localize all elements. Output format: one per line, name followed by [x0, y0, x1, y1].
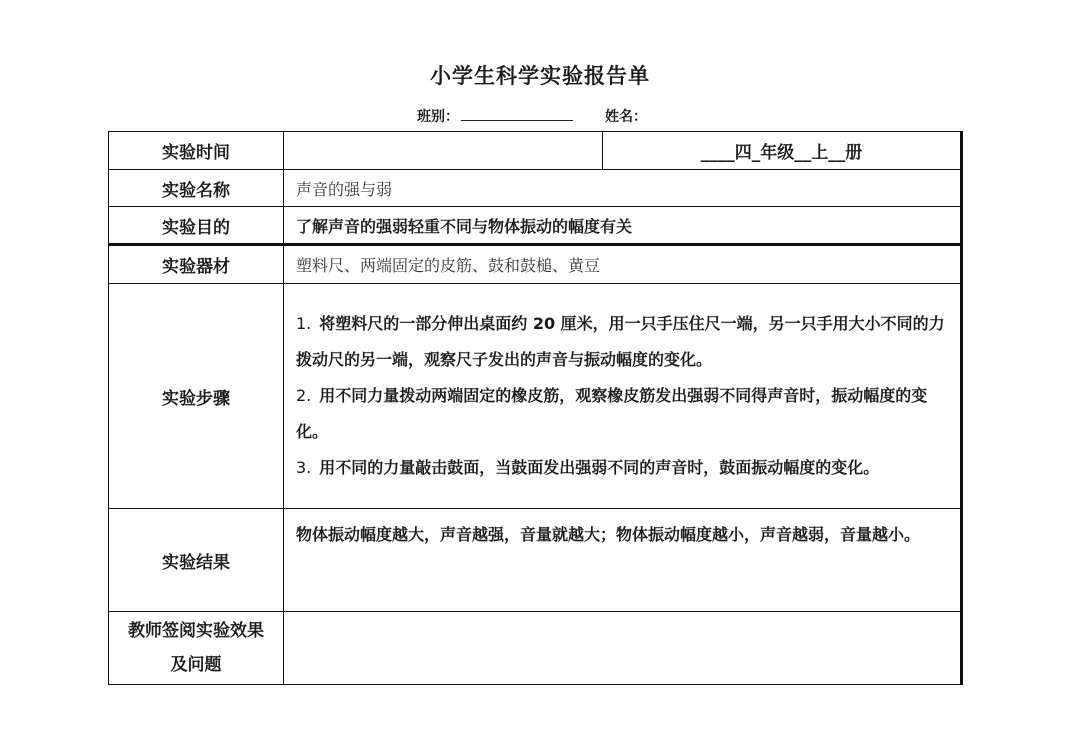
row-materials: 实验器材 塑料尺、两端固定的皮筋、鼓和鼓槌、黄豆	[109, 245, 962, 284]
class-field[interactable]	[461, 106, 573, 121]
label-result: 实验结果	[109, 509, 284, 612]
report-table: 实验时间 ____四_年级__上__册 实验名称 声音的强与弱 实验目的 了解声…	[108, 131, 963, 685]
document-title: 小学生科学实验报告单	[0, 60, 1080, 90]
experiment-steps: 1.将塑料尺的一部分伸出桌面约 20 厘米，用一只手压住尺一端，另一只手用大小不…	[284, 284, 962, 509]
row-purpose: 实验目的 了解声音的强弱轻重不同与物体振动的幅度有关	[109, 207, 962, 245]
row-name: 实验名称 声音的强与弱	[109, 170, 962, 207]
label-steps: 实验步骤	[109, 284, 284, 509]
teacher-review-field[interactable]	[284, 612, 962, 685]
step-item: 2.用不同力量拨动两端固定的橡皮筋，观察橡皮筋发出强弱不同得声音时，振动幅度的变…	[296, 378, 948, 450]
row-time: 实验时间 ____四_年级__上__册	[109, 132, 962, 170]
time-field[interactable]	[284, 132, 603, 170]
label-materials: 实验器材	[109, 245, 284, 284]
experiment-purpose: 了解声音的强弱轻重不同与物体振动的幅度有关	[284, 207, 962, 245]
step-item: 1.将塑料尺的一部分伸出桌面约 20 厘米，用一只手压住尺一端，另一只手用大小不…	[296, 306, 948, 378]
experiment-result: 物体振动幅度越大，声音越强，音量就越大；物体振动幅度越小，声音越弱，音量越小。	[284, 509, 962, 612]
label-name: 实验名称	[109, 170, 284, 207]
experiment-name: 声音的强与弱	[284, 170, 962, 207]
experiment-materials: 塑料尺、两端固定的皮筋、鼓和鼓槌、黄豆	[284, 245, 962, 284]
name-label: 姓名：	[605, 106, 647, 126]
row-result: 实验结果 物体振动幅度越大，声音越强，音量就越大；物体振动幅度越小，声音越弱，音…	[109, 509, 962, 612]
class-label: 班别：	[417, 106, 459, 126]
row-teacher-review: 教师签阅实验效果 及问题	[109, 612, 962, 685]
row-steps: 实验步骤 1.将塑料尺的一部分伸出桌面约 20 厘米，用一只手压住尺一端，另一只…	[109, 284, 962, 509]
label-teacher-review: 教师签阅实验效果 及问题	[109, 612, 284, 685]
header-fields: 班别： 姓名：	[417, 106, 647, 126]
label-time: 实验时间	[109, 132, 284, 170]
step-item: 3.用不同的力量敲击鼓面，当鼓面发出强弱不同的声音时，鼓面振动幅度的变化。	[296, 450, 948, 486]
grade-field: ____四_年级__上__册	[603, 132, 962, 170]
label-purpose: 实验目的	[109, 207, 284, 245]
